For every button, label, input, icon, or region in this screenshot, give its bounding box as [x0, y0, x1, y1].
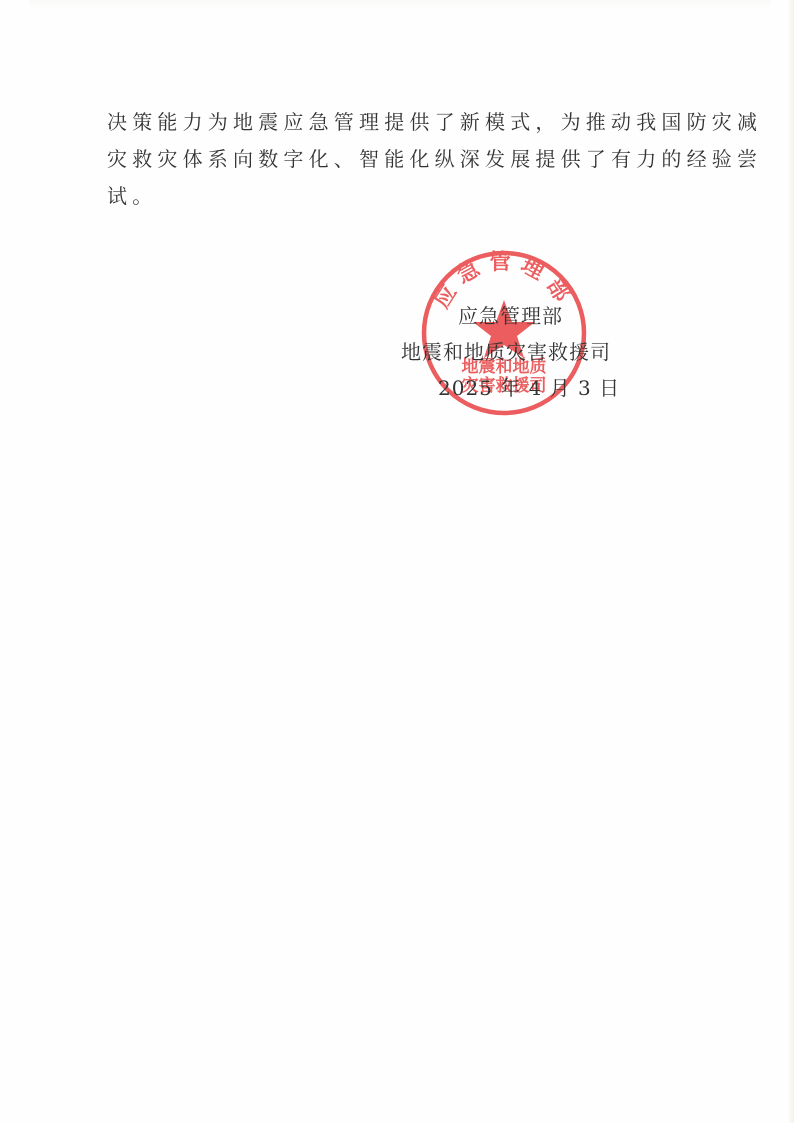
- scan-edge-right: [788, 0, 794, 1123]
- body-paragraph: 决策能力为地震应急管理提供了新模式，为推动我国防灾减 灾救灾体系向数字化、智能化…: [107, 104, 667, 215]
- paragraph-line: 决策能力为地震应急管理提供了新模式，为推动我国防灾减: [107, 104, 667, 141]
- document-page: 决策能力为地震应急管理提供了新模式，为推动我国防灾减 灾救灾体系向数字化、智能化…: [0, 0, 794, 1123]
- paragraph-line: 试。: [107, 178, 667, 215]
- signature-date: 2025 年 4 月 3 日: [438, 372, 620, 401]
- signature-organization: 应急管理部: [458, 300, 563, 329]
- scan-edge-top: [30, 0, 770, 8]
- paragraph-line: 灾救灾体系向数字化、智能化纵深发展提供了有力的经验尝: [107, 141, 667, 178]
- signature-department: 地震和地质灾害救援司: [401, 336, 611, 365]
